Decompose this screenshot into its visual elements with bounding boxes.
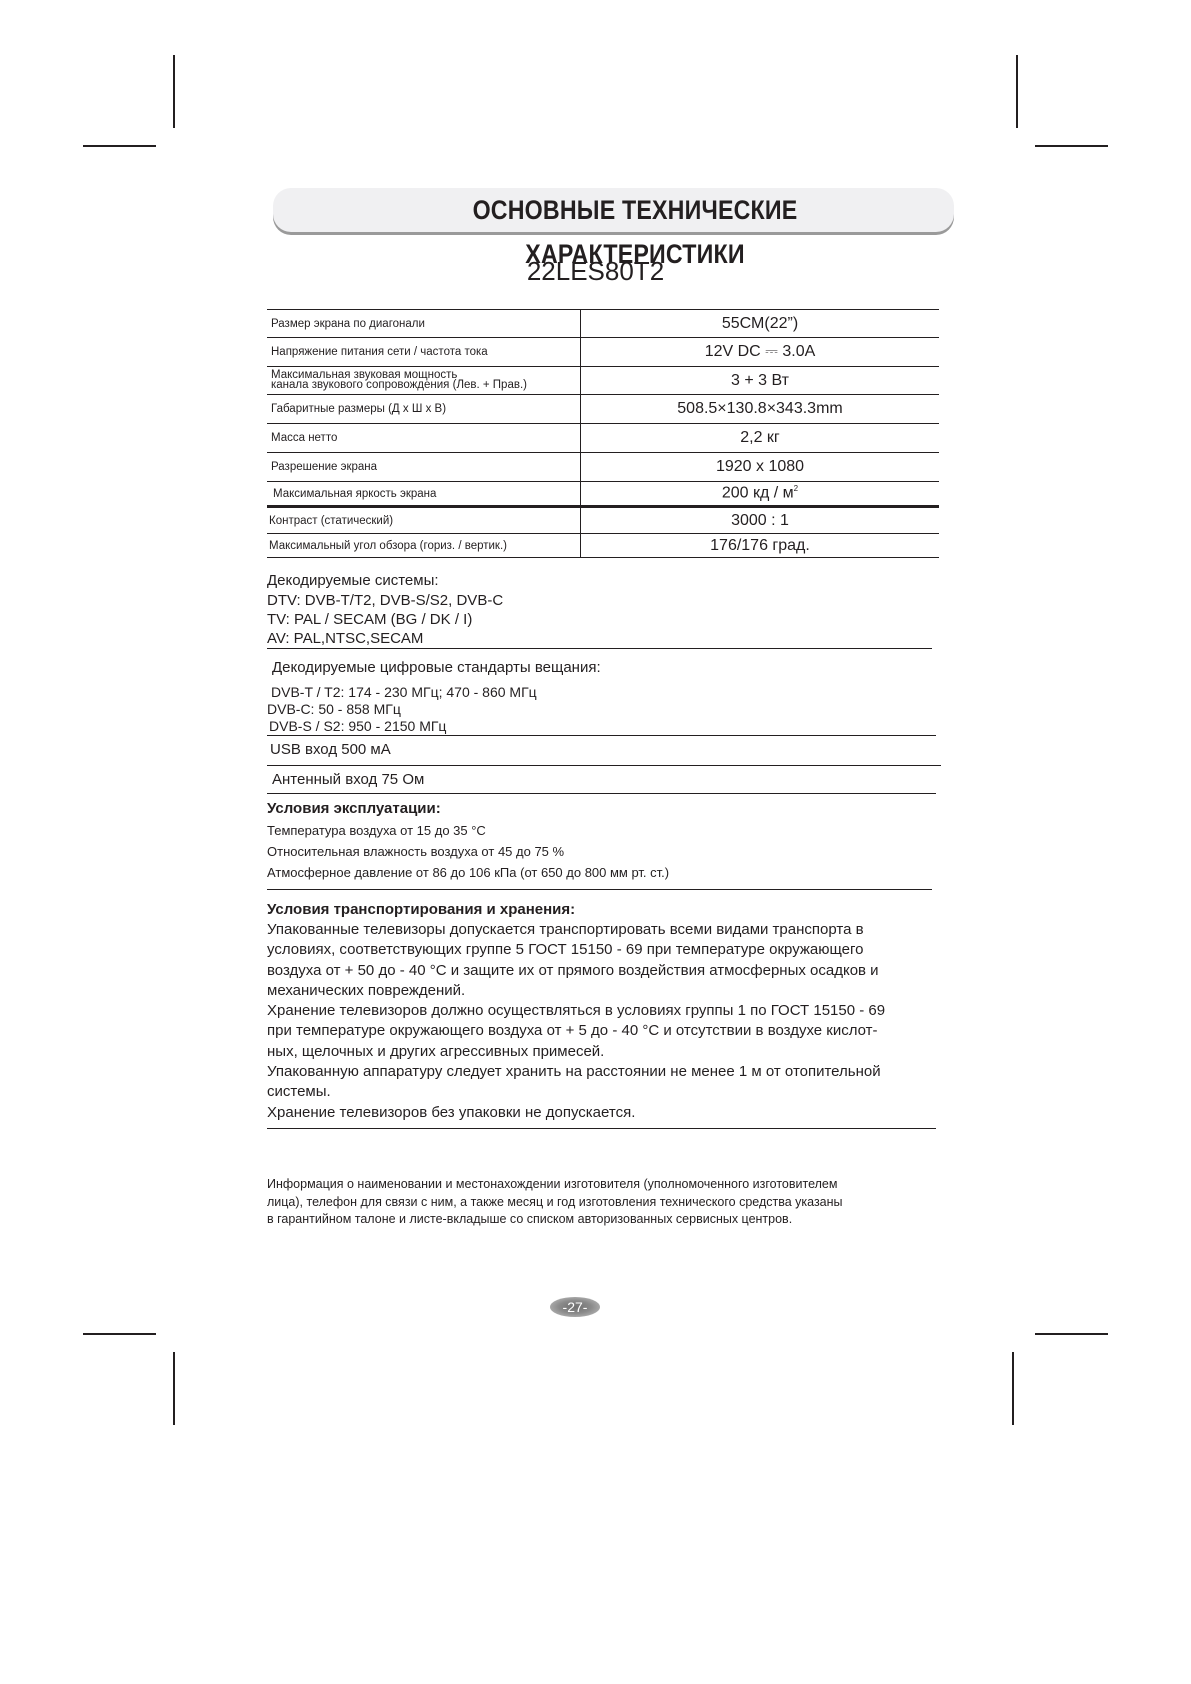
section-heading: Декодируемые цифровые стандарты вещания: xyxy=(267,658,601,677)
crop-mark xyxy=(173,55,175,128)
spec-label: Масса нетто xyxy=(267,424,581,453)
spec-label: Максимальная яркость экрана xyxy=(267,482,581,507)
text-line: Хранение телевизоров без упаковки не доп… xyxy=(267,1103,947,1123)
table-row: Контраст (статический) 3000 : 1 xyxy=(267,507,939,534)
text-line: условиях, соответствующих группе 5 ГОСТ … xyxy=(267,940,947,960)
spec-label: Максимальный угол обзора (гориз. / верти… xyxy=(267,534,581,558)
section-heading: Условия транспортирования и хранения: xyxy=(267,900,947,920)
decoded-systems: Декодируемые системы: DTV: DVB-T/T2, DVB… xyxy=(267,571,503,648)
table-row: Максимальный угол обзора (гориз. / верти… xyxy=(267,534,939,558)
spec-label-line: канала звукового сопровождения (Лев. + П… xyxy=(271,380,580,391)
table-row: Максимальная звуковая мощность канала зв… xyxy=(267,367,939,395)
model-name: 22LES80T2 xyxy=(0,256,1191,287)
divider xyxy=(267,793,936,794)
spec-label: Габаритные размеры (Д х Ш х В) xyxy=(267,395,581,424)
crop-mark xyxy=(83,1333,156,1335)
divider xyxy=(267,648,932,649)
crop-mark xyxy=(173,1352,175,1425)
text-line: воздуха от + 50 до - 40 °С и защите их о… xyxy=(267,961,947,981)
spec-value: 2,2 кг xyxy=(581,424,940,453)
divider xyxy=(267,889,932,890)
broadcast-standards: Декодируемые цифровые стандарты вещания:… xyxy=(267,658,601,735)
text-line: при температуре окружающего воздуха от +… xyxy=(267,1021,947,1041)
table-row: Напряжение питания сети / частота тока 1… xyxy=(267,338,939,367)
title-banner: ОСНОВНЫЕ ТЕХНИЧЕСКИЕ ХАРАКТЕРИСТИКИ xyxy=(273,188,954,232)
divider xyxy=(267,765,941,766)
text-line: DVB-S / S2: 950 - 2150 МГц xyxy=(267,718,601,735)
table-row: Разрешение экрана 1920 x 1080 xyxy=(267,453,939,482)
text-line: Хранение телевизоров должно осуществлять… xyxy=(267,1001,947,1021)
text-line: лица), телефон для связи с ним, а также … xyxy=(267,1194,947,1212)
text-line: системы. xyxy=(267,1082,947,1102)
text-line: Информация о наименовании и местонахожде… xyxy=(267,1176,947,1194)
spec-label: Размер экрана по диагонали xyxy=(267,310,581,338)
spec-label-text: Максимальная яркость экрана xyxy=(273,488,436,500)
text-line: Упакованную аппаратуру следует хранить н… xyxy=(267,1062,947,1082)
crop-mark xyxy=(1012,1352,1014,1425)
manufacturer-note: Информация о наименовании и местонахожде… xyxy=(267,1176,947,1229)
spec-value: 3000 : 1 xyxy=(581,507,940,534)
section-heading: Условия эксплуатации: xyxy=(267,799,669,818)
text-line: Относительная влажность воздуха от 45 до… xyxy=(267,841,669,862)
superscript: 2 xyxy=(794,484,798,493)
page-number: -27- xyxy=(550,1297,600,1317)
spec-table: Размер экрана по диагонали 55СМ(22”) Нап… xyxy=(267,309,939,558)
paragraph: Упакованные телевизоры допускается транс… xyxy=(267,920,947,1123)
divider xyxy=(267,735,936,736)
transport-storage: Условия транспортирования и хранения: Уп… xyxy=(267,900,947,1123)
table-row: Масса нетто 2,2 кг xyxy=(267,424,939,453)
spec-label: Контраст (статический) xyxy=(267,507,581,534)
spec-value: 3 + 3 Вт xyxy=(581,367,940,395)
spec-value: 55СМ(22”) xyxy=(581,310,940,338)
spec-label: Максимальная звуковая мощность канала зв… xyxy=(267,367,581,395)
text-line: ных, щелочных и других агрессивных приме… xyxy=(267,1042,947,1062)
crop-mark xyxy=(1035,1333,1108,1335)
usb-input: USB вход 500 мА xyxy=(267,740,391,759)
spec-value: 200 кд / м2 xyxy=(581,482,940,507)
text-line: AV: PAL,NTSC,SECAM xyxy=(267,629,503,648)
text-line: в гарантийном талоне и листе-вкладыше со… xyxy=(267,1211,947,1229)
text-line: TV: PAL / SECAM (BG / DK / I) xyxy=(267,610,503,629)
table-row: Размер экрана по диагонали 55СМ(22”) xyxy=(267,310,939,338)
text-line: Атмосферное давление от 86 до 106 кПа (о… xyxy=(267,862,669,883)
spec-value: 12V DC ⎓ 3.0A xyxy=(581,338,940,367)
spec-value: 176/176 град. xyxy=(581,534,940,558)
page-title: ОСНОВНЫЕ ТЕХНИЧЕСКИЕ ХАРАКТЕРИСТИКИ xyxy=(321,188,907,232)
spec-value: 1920 x 1080 xyxy=(581,453,940,482)
crop-mark xyxy=(83,145,156,147)
spec-label: Разрешение экрана xyxy=(267,453,581,482)
text-line: DVB-C: 50 - 858 МГц xyxy=(267,701,601,718)
spec-value-text: 200 кд / м xyxy=(722,485,794,502)
section-heading: Декодируемые системы: xyxy=(267,571,503,590)
crop-mark xyxy=(1035,145,1108,147)
crop-mark xyxy=(1016,55,1018,128)
antenna-input: Антенный вход 75 Ом xyxy=(267,770,424,789)
text-line: DTV: DVB-T/T2, DVB-S/S2, DVB-C xyxy=(267,591,503,610)
text-line: механических повреждений. xyxy=(267,981,947,1001)
text-line: DVB-T / T2: 174 - 230 МГц; 470 - 860 МГц xyxy=(267,684,601,701)
table-row: Габаритные размеры (Д х Ш х В) 508.5×130… xyxy=(267,395,939,424)
spec-label: Напряжение питания сети / частота тока xyxy=(267,338,581,367)
operating-conditions: Условия эксплуатации: Температура воздух… xyxy=(267,799,669,883)
spec-value: 508.5×130.8×343.3mm xyxy=(581,395,940,424)
table-row: Максимальная яркость экрана 200 кд / м2 xyxy=(267,482,939,507)
divider xyxy=(267,1128,936,1129)
text-line: Упакованные телевизоры допускается транс… xyxy=(267,920,947,940)
text-line: Температура воздуха от 15 до 35 °С xyxy=(267,820,669,841)
